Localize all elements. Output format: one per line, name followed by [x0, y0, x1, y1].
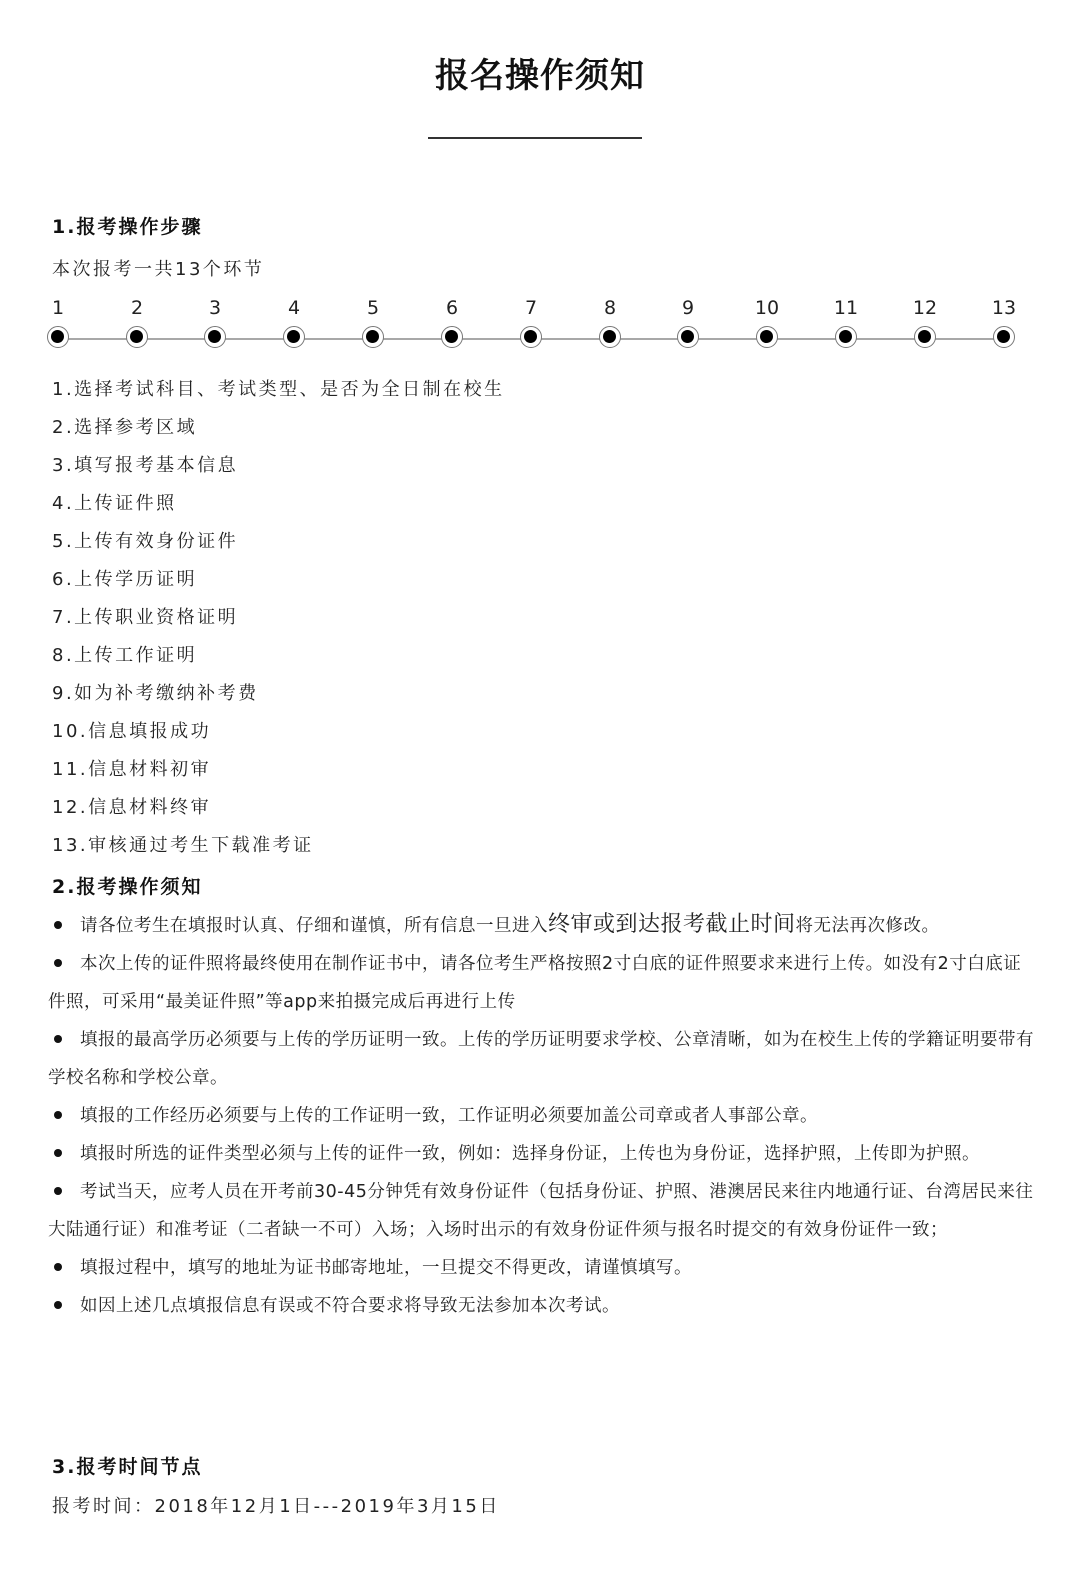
step-dot-icon [520, 326, 542, 348]
step-dot-icon [47, 326, 69, 348]
list-item: 5.上传有效身份证件 [52, 528, 505, 566]
list-item: 3.填写报考基本信息 [52, 452, 505, 490]
step-dot-icon [677, 326, 699, 348]
list-item: 1.选择考试科目、考试类型、是否为全日制在校生 [52, 376, 505, 414]
list-item: 12.信息材料终审 [52, 794, 505, 832]
notes-list: 请各位考生在填报时认真、仔细和谨慎，所有信息一旦进入终审或到达报考截止时间将无法… [48, 906, 1038, 1325]
stepper-node: 6 [422, 295, 482, 348]
section-heading-notes: 2.报考操作须知 [52, 872, 202, 899]
stepper-node: 8 [580, 295, 640, 348]
note-item: 填报时所选的证件类型必须与上传的证件一致，例如：选择身份证，上传也为身份证，选择… [48, 1135, 1038, 1173]
stepper-node: 9 [658, 295, 718, 348]
step-dot-icon [283, 326, 305, 348]
step-dot-icon [835, 326, 857, 348]
stepper-node: 11 [816, 295, 876, 348]
bullet-icon [54, 921, 62, 929]
list-item: 2.选择参考区域 [52, 414, 505, 452]
list-item: 4.上传证件照 [52, 490, 505, 528]
registration-period: 报考时间：2018年12月1日---2019年3月15日 [52, 1492, 500, 1518]
stepper-node: 4 [264, 295, 324, 348]
bullet-icon [54, 1035, 62, 1043]
bullet-icon [54, 1149, 62, 1157]
section-heading-timeline: 3.报考时间节点 [52, 1452, 202, 1479]
stepper-node: 13 [974, 295, 1034, 348]
list-item: 13.审核通过考生下载准考证 [52, 832, 505, 870]
step-dot-icon [204, 326, 226, 348]
bullet-icon [54, 1187, 62, 1195]
steps-list: 1.选择考试科目、考试类型、是否为全日制在校生 2.选择参考区域 3.填写报考基… [52, 376, 505, 870]
bullet-icon [54, 1111, 62, 1119]
stepper-node: 12 [895, 295, 955, 348]
stepper-node: 7 [501, 295, 561, 348]
note-item: 填报过程中，填写的地址为证书邮寄地址，一旦提交不得更改，请谨慎填写。 [48, 1249, 1038, 1287]
title-divider [428, 137, 642, 139]
note-item: 填报的工作经历必须要与上传的工作证明一致，工作证明必须要加盖公司章或者人事部公章… [48, 1097, 1038, 1135]
page-title: 报名操作须知 [0, 48, 1080, 97]
list-item: 8.上传工作证明 [52, 642, 505, 680]
note-item: 填报的最高学历必须要与上传的学历证明一致。上传的学历证明要求学校、公章清晰，如为… [48, 1021, 1038, 1097]
list-item: 7.上传职业资格证明 [52, 604, 505, 642]
section-heading-steps: 1.报考操作步骤 [52, 212, 202, 239]
step-dot-icon [126, 326, 148, 348]
note-item: 如因上述几点填报信息有误或不符合要求将导致无法参加本次考试。 [48, 1287, 1038, 1325]
bullet-icon [54, 1301, 62, 1309]
step-dot-icon [993, 326, 1015, 348]
stepper-node: 10 [737, 295, 797, 348]
note-item: 考试当天，应考人员在开考前30-45分钟凭有效身份证件（包括身份证、护照、港澳居… [48, 1173, 1038, 1249]
list-item: 11.信息材料初审 [52, 756, 505, 794]
step-dot-icon [441, 326, 463, 348]
step-dot-icon [914, 326, 936, 348]
stepper-node: 2 [107, 295, 167, 348]
step-dot-icon [756, 326, 778, 348]
list-item: 9.如为补考缴纳补考费 [52, 680, 505, 718]
list-item: 10.信息填报成功 [52, 718, 505, 756]
step-dot-icon [362, 326, 384, 348]
note-item: 本次上传的证件照将最终使用在制作证书中，请各位考生严格按照2寸白底的证件照要求来… [48, 945, 1038, 1021]
step-dot-icon [599, 326, 621, 348]
list-item: 6.上传学历证明 [52, 566, 505, 604]
note-item: 请各位考生在填报时认真、仔细和谨慎，所有信息一旦进入终审或到达报考截止时间将无法… [48, 906, 1038, 945]
emphasis-text: 终审或到达报考截止时间 [548, 912, 796, 937]
bullet-icon [54, 959, 62, 967]
stepper-node: 1 [28, 295, 88, 348]
stepper-node: 5 [343, 295, 403, 348]
step-progress-track: 1 2 3 4 5 6 7 8 9 10 11 12 13 [0, 295, 1080, 355]
stepper-node: 3 [185, 295, 245, 348]
steps-intro: 本次报考一共13个环节 [52, 255, 264, 281]
bullet-icon [54, 1263, 62, 1271]
